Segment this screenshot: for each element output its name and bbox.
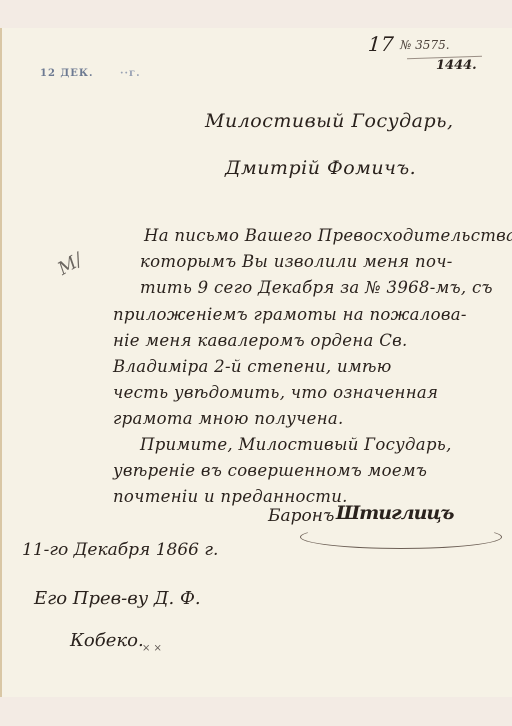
addressee: Дмитрій Фомичъ. (225, 157, 416, 179)
body-line: которымъ Вы изволили меня поч- (140, 252, 453, 271)
signature-flourish (300, 525, 502, 549)
stamp-date: 12 ДЕК. (40, 68, 94, 79)
date-stamp: 12 ДЕК. ··г. (40, 68, 141, 79)
body-line: ніе меня кавалеромъ ордена Св. (113, 331, 408, 350)
registry-number: № 3575. (400, 38, 450, 52)
signature-name: Штиглицъ (336, 502, 454, 524)
body-line: почтеніи и преданности. (113, 487, 348, 506)
body-line: Примите, Милостивый Государь, (140, 435, 452, 454)
recipient-title: Его Прев-ву Д. Ф. (34, 588, 201, 609)
salutation: Милостивый Государь, (205, 110, 454, 132)
signature-title: Баронъ (268, 506, 334, 526)
recipient-name: Кобеко. (70, 630, 144, 651)
date-line: 11-го Декабря 1866 г. (22, 540, 218, 560)
body-line: честь увѣдомить, что означенная (113, 383, 438, 402)
body-line: тить 9 сего Декабря за № 3968-мъ, съ (140, 278, 493, 297)
stamp-year: ··г. (120, 68, 141, 79)
body-line: На письмо Вашего Превосходительства, (144, 226, 512, 245)
body-line: Владиміра 2-й степени, имѣю (113, 357, 392, 376)
ink-marks: × × (142, 643, 162, 654)
registry-sub-number: 1444. (436, 58, 477, 73)
body-line: приложеніемъ грамоты на пожалова- (113, 305, 467, 324)
body-line: увѣреніе въ совершенномъ моемъ (113, 461, 427, 480)
body-line: грамота мною получена. (113, 409, 344, 428)
